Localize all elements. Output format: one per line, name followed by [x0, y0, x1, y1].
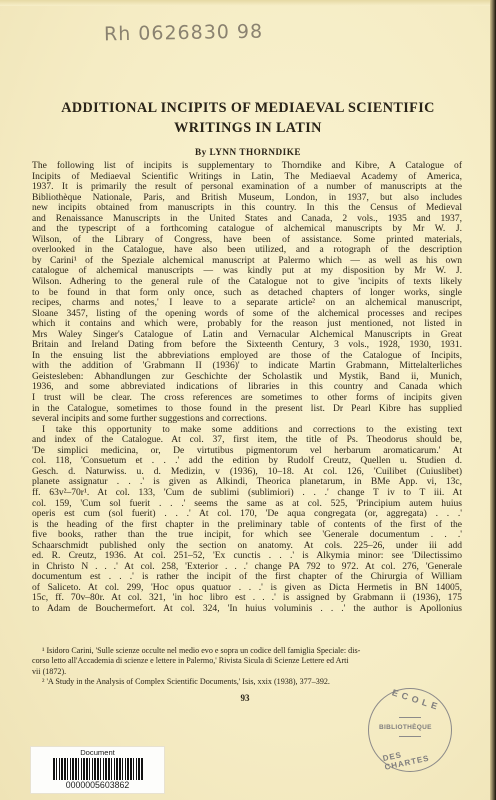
title-line-1: ADDITIONAL INCIPITS OF MEDIAEVAL SCIENTI… [36, 98, 460, 118]
stamp-divider [399, 736, 421, 737]
stamp-top-text: ECOLE [391, 687, 443, 712]
barcode-icon [53, 758, 143, 780]
stamp-middle-text: BIBLIOTHÈQUE [379, 724, 432, 731]
title-line-2: WRITINGS IN LATIN [36, 118, 460, 138]
body-line: operis est cum (sol fuerit) . . .' At co… [32, 509, 462, 520]
stamp-bottom-text: DES CHARTES [382, 740, 452, 772]
barcode-sticker: Document 0000005603862 [30, 746, 165, 794]
handwritten-shelfmark: Rh 0626830 98 [104, 21, 263, 46]
article-body: The following list of incipits is supple… [32, 161, 462, 615]
body-line: The following list of incipits is supple… [32, 161, 462, 172]
body-line: I trust will be clear. The cross referen… [32, 393, 462, 404]
stamp-divider [399, 717, 421, 718]
footnotes: ¹ Isidoro Carini, 'Sulle scienze occulte… [32, 646, 462, 687]
page-edge-shadow [490, 0, 496, 800]
footnote-line: ¹ Isidoro Carini, 'Sulle scienze occulte… [32, 646, 462, 656]
scanned-page: Rh 0626830 98 ADDITIONAL INCIPITS OF MED… [0, 0, 490, 800]
body-line: to Adam de Bouchermefort. At col. 324, '… [32, 604, 462, 615]
article-title: ADDITIONAL INCIPITS OF MEDIAEVAL SCIENTI… [36, 98, 460, 138]
footnote-line: corso letto all'Accademia di scienze e l… [32, 656, 462, 666]
article-author: By LYNN THORNDIKE [36, 147, 460, 157]
footnote-line: ² 'A Study in the Analysis of Complex Sc… [32, 677, 462, 687]
barcode-label: Document [31, 748, 164, 757]
body-line: ff. 63v²–70r¹. At col. 133, 'Cum de subl… [32, 488, 462, 499]
barcode-number: 0000005603862 [31, 780, 164, 790]
footnote-line: vii (1872). [32, 667, 462, 677]
page-top-shadow [0, 0, 490, 6]
body-line: Wilson. Adhering to the general rule of … [32, 277, 462, 288]
library-stamp: ECOLE BIBLIOTHÈQUE DES CHARTES [368, 688, 452, 772]
